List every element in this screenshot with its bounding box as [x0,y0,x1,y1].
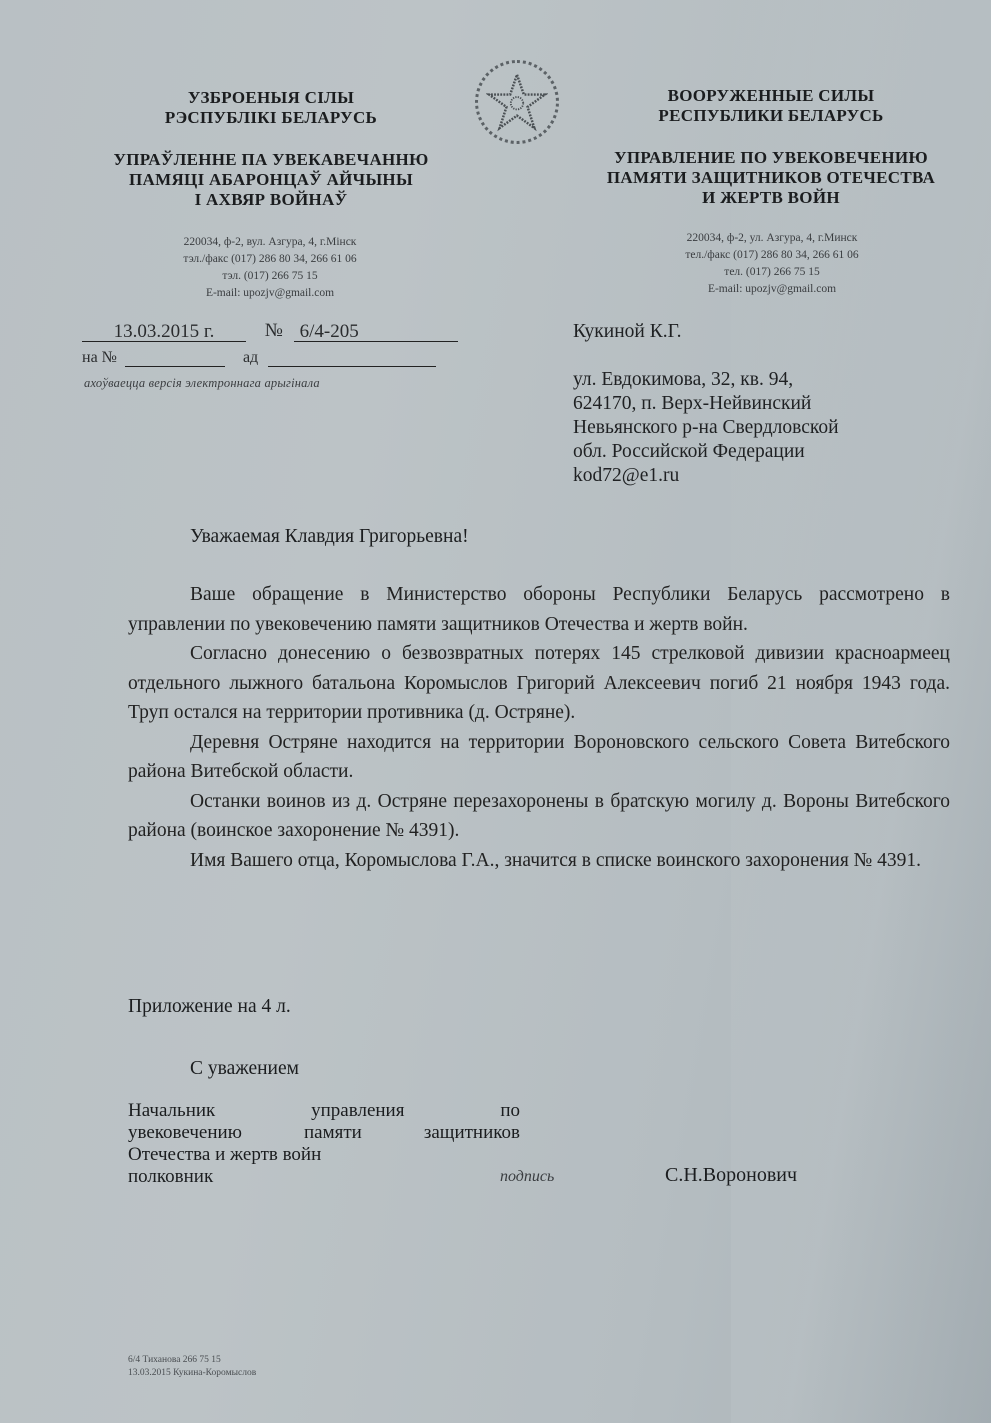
org-line: УЗБРОЕНЫЯ СІЛЫ [80,88,462,108]
dept-line: ПАМЯТИ ЗАЩИТНИКОВ ОТЕЧЕСТВА [575,168,967,188]
org-line: РЕСПУБЛИКИ БЕЛАРУСЬ [575,106,967,126]
letterhead-right-contact: 220034, ф-2, ул. Азгура, 4, г.Минск тел.… [612,230,932,298]
body-paragraph: Имя Вашего отца, Коромыслова Г.А., значи… [128,846,950,876]
address-line: 624170, п. Верх-Нейвинский [573,392,973,416]
attachment-note: Приложение на 4 л. [128,996,291,1018]
signature-placeholder: подпись [500,1168,554,1186]
recipient-email: kod72@e1.ru [573,464,973,488]
executor-footer: 6/4 Тиханова 266 75 15 13.03.2015 Кукина… [128,1354,256,1380]
dept-line: І АХВЯР ВОЙНАЎ [80,190,462,210]
contact-email: E-mail: upozjv@gmail.com [612,281,932,298]
letterhead-left-org: УЗБРОЕНЫЯ СІЛЫ РЭСПУБЛІКІ БЕЛАРУСЬ [80,88,462,128]
address-line: ул. Евдокимова, 32, кв. 94, [573,368,973,392]
registration-line: 13.03.2015 г. № 6/4-205 [82,320,482,342]
title-line: Начальник управления по [128,1100,520,1122]
dept-line: УПРАЎЛЕННЕ ПА УВЕКАВЕЧАННЮ [80,150,462,170]
footer-line: 6/4 Тиханова 266 75 15 [128,1354,256,1367]
dept-line: И ЖЕРТВ ВОЙН [575,188,967,208]
address-line: Невьянского р-на Свердловской [573,416,973,440]
contact-phone-fax: тел./факс (017) 286 80 34, 266 61 06 [612,247,932,264]
letterhead-left-contact: 220034, ф-2, вул. Азгура, 4, г.Мінск тэл… [110,234,430,302]
body-paragraph: Ваше обращение в Министерство обороны Ре… [128,580,950,639]
reply-line: на № ад [82,346,482,367]
recipient-name: Кукиной К.Г. [573,320,973,344]
contact-phone-fax: тэл./факс (017) 286 80 34, 266 61 06 [110,251,430,268]
body-paragraph: Останки воинов из д. Остряне перезахорон… [128,787,950,846]
letterhead-right-org: ВООРУЖЕННЫЕ СИЛЫ РЕСПУБЛИКИ БЕЛАРУСЬ [575,86,967,126]
registration-number: 6/4-205 [294,321,458,342]
reply-from-date [268,346,436,367]
title-line: полковник [128,1166,520,1188]
salutation: Уважаемая Клавдия Григорьевна! [190,526,469,548]
org-line: РЭСПУБЛІКІ БЕЛАРУСЬ [80,108,462,128]
contact-email: E-mail: upozjv@gmail.com [110,285,430,302]
electronic-original-note: ахоўваецца версія электроннага арыгінала [84,376,484,391]
letterhead-right-dept: УПРАВЛЕНИЕ ПО УВЕКОВЕЧЕНИЮ ПАМЯТИ ЗАЩИТН… [575,148,967,208]
contact-phone: тэл. (017) 266 75 15 [110,268,430,285]
dept-line: ПАМЯЦІ АБАРОНЦАЎ АЙЧЫНЫ [80,170,462,190]
number-label: № [265,320,283,341]
title-line: Отечества и жертв войн [128,1144,520,1166]
contact-address: 220034, ф-2, ул. Азгура, 4, г.Минск [612,230,932,247]
signer-title: Начальник управления по увековечению пам… [128,1100,520,1188]
letter-body: Ваше обращение в Министерство обороны Ре… [128,580,950,875]
org-line: ВООРУЖЕННЫЕ СИЛЫ [575,86,967,106]
reply-to-label: на № [82,349,117,366]
letterhead-left-dept: УПРАЎЛЕННЕ ПА УВЕКАВЕЧАННЮ ПАМЯЦІ АБАРОН… [80,150,462,210]
closing: С уважением [190,1058,299,1080]
registration-date: 13.03.2015 г. [82,321,246,342]
from-label: ад [243,349,258,366]
body-paragraph: Деревня Остряне находится на территории … [128,728,950,787]
title-line: увековечению памяти защитников [128,1122,520,1144]
footer-line: 13.03.2015 Кукина-Коромыслов [128,1367,256,1380]
contact-address: 220034, ф-2, вул. Азгура, 4, г.Мінск [110,234,430,251]
address-line: обл. Российской Федерации [573,440,973,464]
dept-line: УПРАВЛЕНИЕ ПО УВЕКОВЕЧЕНИЮ [575,148,967,168]
star-emblem-icon [475,60,559,144]
reply-to-number [125,346,225,367]
recipient-address: ул. Евдокимова, 32, кв. 94, 624170, п. В… [573,368,973,488]
contact-phone: тел. (017) 266 75 15 [612,264,932,281]
body-paragraph: Согласно донесению о безвозвратных потер… [128,639,950,728]
signer-name: С.Н.Воронович [665,1164,797,1187]
